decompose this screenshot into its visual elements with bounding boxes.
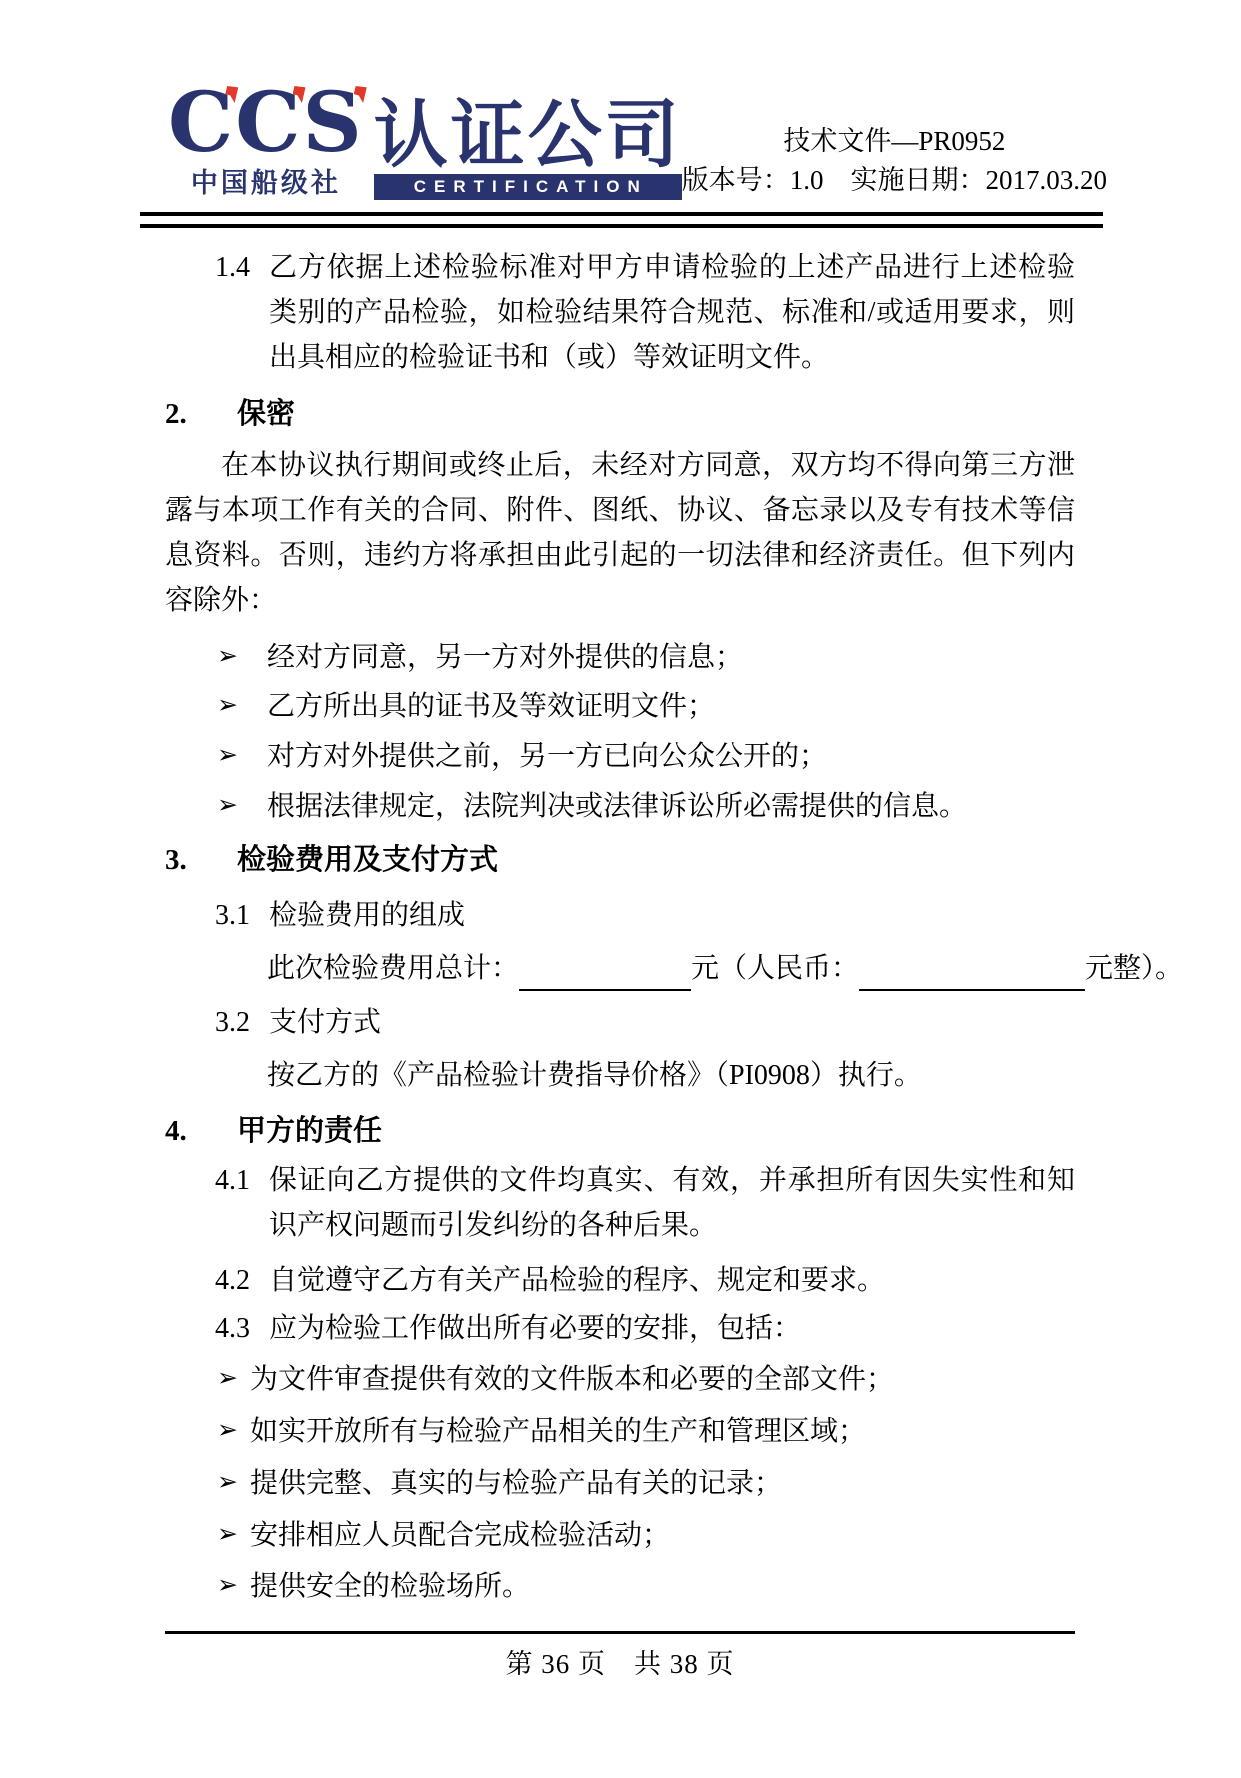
- clause-text: 自觉遵守乙方有关产品检验的程序、规定和要求。: [269, 1259, 1075, 1304]
- section-3-heading: 3. 检验费用及支付方式: [165, 840, 1075, 880]
- section-number: 2.: [165, 394, 237, 434]
- party-a-obligations-list: ➢ 为文件审查提供有效的文件版本和必要的全部文件； ➢ 如实开放所有与检验产品相…: [165, 1358, 1075, 1610]
- clause-3-1: 3.1 检验费用的组成: [215, 894, 1075, 939]
- bullet-text: 安排相应人员配合完成检验活动；: [250, 1514, 670, 1559]
- clause-number: 4.2: [215, 1259, 269, 1304]
- clause-number: 1.4: [215, 246, 269, 380]
- document-page: C C S 中国船级社 认证公司 CERTIFICATION 技术文件—PR09…: [0, 0, 1241, 1778]
- arrow-bullet-icon: ➢: [217, 1410, 250, 1455]
- bullet-text: 经对方同意，另一方对外提供的信息；: [267, 636, 743, 681]
- bullet-text: 如实开放所有与检验产品相关的生产和管理区域；: [250, 1410, 866, 1455]
- fee-total-line: 此次检验费用总计：元（人民币：元整）。: [267, 947, 1075, 992]
- document-body: 1.4 乙方依据上述检验标准对甲方申请检验的上述产品进行上述检验类别的产品检验，…: [165, 246, 1075, 1620]
- list-item: ➢ 经对方同意，另一方对外提供的信息；: [217, 636, 1075, 681]
- confidentiality-paragraph: 在本协议执行期间或终止后，未经对方同意，双方均不得向第三方泄露与本项工作有关的合…: [165, 444, 1075, 623]
- arrow-bullet-icon: ➢: [217, 1358, 250, 1403]
- ccs-letters: C C S: [168, 90, 364, 157]
- bullet-text: 对方对外提供之前，另一方已向公众公开的；: [267, 735, 827, 780]
- clause-3-2: 3.2 支付方式: [215, 1001, 1075, 1046]
- header-divider: [140, 212, 1103, 228]
- arrow-bullet-icon: ➢: [217, 785, 267, 830]
- clause-text: 应为检验工作做出所有必要的安排，包括：: [269, 1307, 1075, 1352]
- list-item: ➢ 提供完整、真实的与检验产品有关的记录；: [217, 1462, 1075, 1507]
- clause-title: 支付方式: [269, 1001, 1075, 1046]
- arrow-bullet-icon: ➢: [217, 685, 267, 730]
- ccs-wordmark: C C S 中国船级社: [168, 90, 364, 200]
- ccs-letter-c1: C: [168, 90, 235, 157]
- date-label: 实施日期：2017.03.20: [851, 165, 1108, 195]
- payment-method-text: 按乙方的《产品检验计费指导价格》（PI0908）执行。: [267, 1054, 1075, 1099]
- certification-banner: CERTIFICATION: [374, 174, 682, 200]
- bullet-text: 根据法律规定，法院判决或法律诉讼所必需提供的信息。: [267, 785, 967, 830]
- section-2-heading: 2. 保密: [165, 394, 1075, 434]
- ccs-letter-c2: C: [235, 90, 302, 157]
- clause-4-3: 4.3 应为检验工作做出所有必要的安排，包括：: [215, 1307, 1075, 1352]
- list-item: ➢ 安排相应人员配合完成检验活动；: [217, 1514, 1075, 1559]
- section-title: 甲方的责任: [237, 1111, 382, 1151]
- arrow-bullet-icon: ➢: [217, 1514, 250, 1559]
- section-title: 保密: [237, 394, 295, 434]
- ccs-letter-s: S: [303, 90, 364, 157]
- bullet-text: 提供完整、真实的与检验产品有关的记录；: [250, 1462, 782, 1507]
- clause-number: 4.3: [215, 1307, 269, 1352]
- arrow-bullet-icon: ➢: [217, 735, 267, 780]
- clause-4-1: 4.1 保证向乙方提供的文件均真实、有效，并承担所有因失实性和知识产权问题而引发…: [215, 1159, 1075, 1249]
- version-line: 版本号：1.0 实施日期：2017.03.20: [682, 161, 1107, 200]
- list-item: ➢ 根据法律规定，法院判决或法律诉讼所必需提供的信息。: [217, 785, 1075, 830]
- fee-mid: 元（人民币：: [691, 953, 859, 984]
- fee-amount-words-blank: [859, 957, 1085, 991]
- page-number: 第 36 页 共 38 页: [165, 1642, 1075, 1681]
- fee-amount-blank: [519, 957, 691, 991]
- fee-prefix: 此次检验费用总计：: [267, 953, 519, 984]
- brand-name: 认证公司: [374, 100, 682, 170]
- confidentiality-exceptions-list: ➢ 经对方同意，另一方对外提供的信息； ➢ 乙方所出具的证书及等效证明文件； ➢…: [165, 636, 1075, 830]
- document-meta: 技术文件—PR0952 版本号：1.0 实施日期：2017.03.20: [682, 122, 1107, 200]
- clause-title: 检验费用的组成: [269, 894, 1075, 939]
- list-item: ➢ 如实开放所有与检验产品相关的生产和管理区域；: [217, 1410, 1075, 1455]
- page-header: C C S 中国船级社 认证公司 CERTIFICATION 技术文件—PR09…: [168, 90, 1083, 200]
- clause-4-2: 4.2 自觉遵守乙方有关产品检验的程序、规定和要求。: [215, 1259, 1075, 1304]
- brand-block: 认证公司 CERTIFICATION: [374, 100, 682, 200]
- section-4-heading: 4. 甲方的责任: [165, 1111, 1075, 1151]
- section-number: 3.: [165, 840, 237, 880]
- version-label: 版本号：1.0: [682, 165, 824, 195]
- clause-text: 乙方依据上述检验标准对甲方申请检验的上述产品进行上述检验类别的产品检验，如检验结…: [269, 246, 1075, 380]
- section-title: 检验费用及支付方式: [237, 840, 498, 880]
- list-item: ➢ 乙方所出具的证书及等效证明文件；: [217, 685, 1075, 730]
- section-number: 4.: [165, 1111, 237, 1151]
- bullet-text: 乙方所出具的证书及等效证明文件；: [267, 685, 715, 730]
- arrow-bullet-icon: ➢: [217, 1462, 250, 1507]
- list-item: ➢ 为文件审查提供有效的文件版本和必要的全部文件；: [217, 1358, 1075, 1403]
- ccs-logo: C C S 中国船级社 认证公司 CERTIFICATION: [168, 90, 682, 200]
- clause-1-4: 1.4 乙方依据上述检验标准对甲方申请检验的上述产品进行上述检验类别的产品检验，…: [215, 246, 1075, 380]
- clause-number: 4.1: [215, 1159, 269, 1249]
- bullet-text: 提供安全的检验场所。: [250, 1565, 530, 1610]
- list-item: ➢ 提供安全的检验场所。: [217, 1565, 1075, 1610]
- footer-divider: 第 36 页 共 38 页: [165, 1631, 1075, 1681]
- fee-suffix: 元整）。: [1085, 953, 1183, 984]
- clause-text: 保证向乙方提供的文件均真实、有效，并承担所有因失实性和知识产权问题而引发纠纷的各…: [269, 1159, 1075, 1249]
- clause-number: 3.1: [215, 894, 269, 939]
- list-item: ➢ 对方对外提供之前，另一方已向公众公开的；: [217, 735, 1075, 780]
- arrow-bullet-icon: ➢: [217, 636, 267, 681]
- clause-number: 3.2: [215, 1001, 269, 1046]
- arrow-bullet-icon: ➢: [217, 1565, 250, 1610]
- bullet-text: 为文件审查提供有效的文件版本和必要的全部文件；: [250, 1358, 894, 1403]
- doc-ref: 技术文件—PR0952: [682, 122, 1107, 161]
